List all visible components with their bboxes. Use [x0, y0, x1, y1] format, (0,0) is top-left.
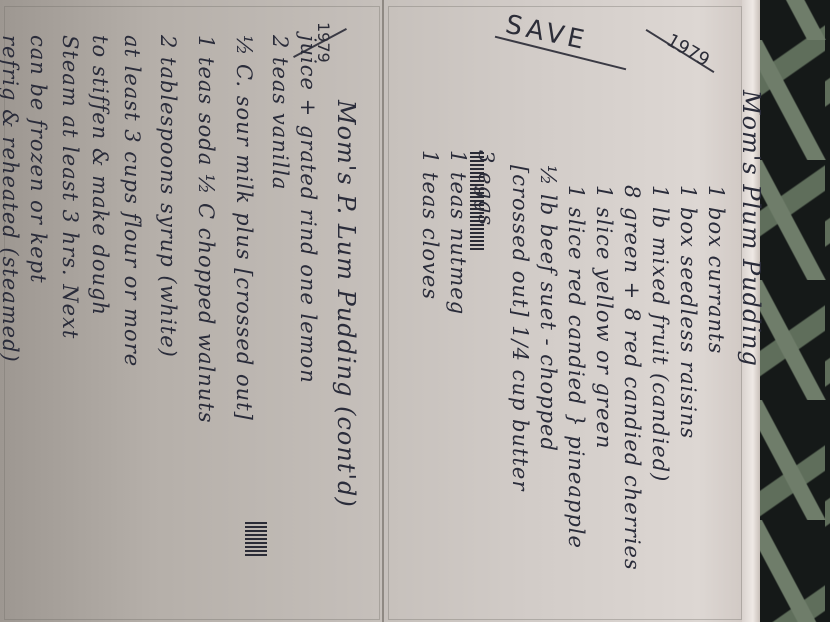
- crossed-out-scribble: [470, 150, 484, 250]
- ingredient-line: 1 slice red candied } pineapple: [564, 185, 588, 549]
- ingredient-line: ½ lb beef suet - chopped: [536, 165, 560, 452]
- crossed-out-scribble: [245, 520, 267, 556]
- recipe-line: Steam at least 3 hrs. Next: [58, 35, 82, 339]
- recipe-line: refrig & reheated (steamed): [0, 35, 22, 363]
- ingredient-line: 1 box seedless raisins: [676, 185, 700, 439]
- ingredient-line: 1 box currants: [704, 185, 728, 354]
- card-divider: [382, 0, 384, 622]
- recipe-line: to stiffen & make dough: [88, 35, 112, 316]
- ingredient-line: 1 lb mixed fruit (candied): [648, 185, 672, 482]
- ingredient-line: 1 teas nutmeg: [446, 150, 470, 315]
- ingredient-line: 8 green + 8 red candied cherries: [620, 185, 644, 571]
- recipe-line: 1 teas soda ½ C chopped walnuts: [194, 35, 218, 424]
- recipe-line: 2 tablespoons syrup (white): [156, 35, 180, 358]
- recipe-line: can be frozen or kept: [26, 35, 50, 284]
- recipe-line: at least 3 cups flour or more: [120, 35, 144, 367]
- ingredient-line: 1 slice yellow or green: [592, 185, 616, 449]
- recipe-line: ½ C. sour milk plus [crossed out]: [232, 35, 256, 421]
- right-card-title: Mom's Plum Pudding: [737, 90, 765, 367]
- ingredient-line: 1 teas cloves: [418, 150, 442, 300]
- left-card-title: Mom's P. Lum Pudding (cont'd): [332, 100, 360, 508]
- recipe-line: 2 teas vanilla: [268, 35, 292, 190]
- ingredient-line: [crossed out] 1/4 cup butter: [508, 165, 532, 491]
- recipe-line: juice + grated rind one lemon: [296, 35, 320, 384]
